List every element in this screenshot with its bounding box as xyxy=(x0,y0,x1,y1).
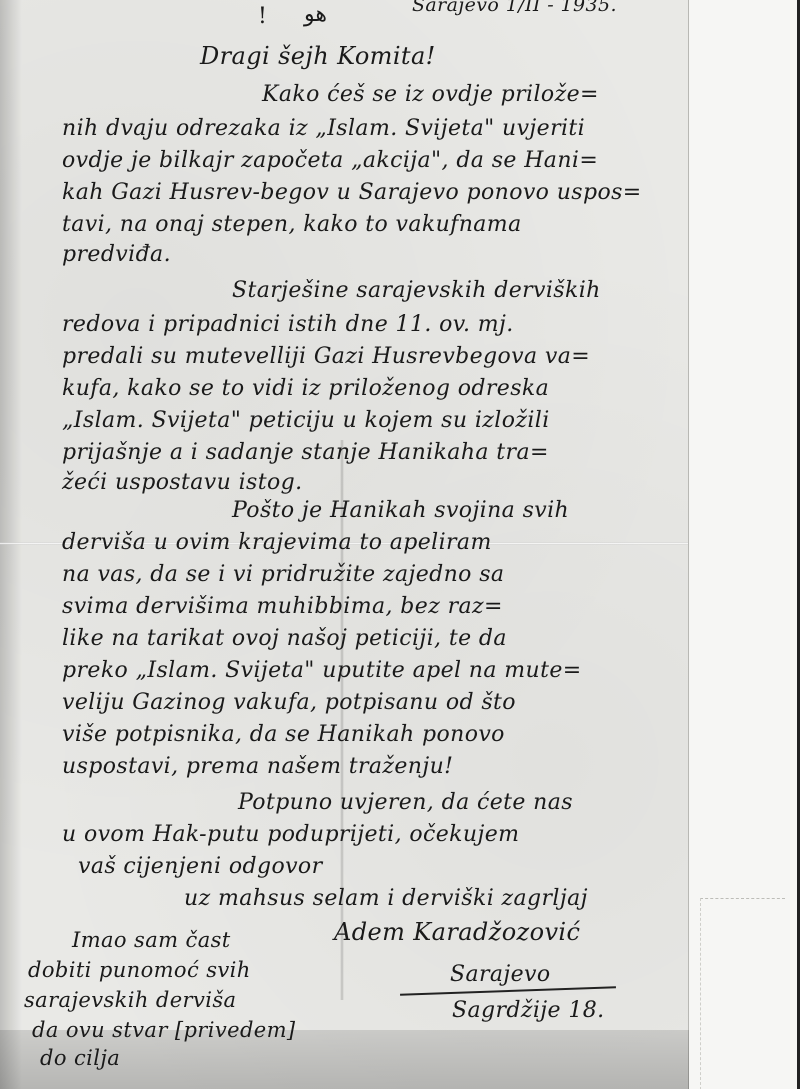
exclamation-mark: ! xyxy=(258,4,267,29)
side-note-line: do cilja xyxy=(40,1046,120,1070)
body-line: žeći uspostavu istog. xyxy=(62,470,302,495)
body-line: ovdje je bilkajr započeta „akcija", da s… xyxy=(62,148,598,173)
body-line: prijašnje a i sadanje stanje Hanikaha tr… xyxy=(62,440,549,465)
body-line: svima dervišima muhibbima, bez raz= xyxy=(62,594,503,619)
body-line: derviša u ovim krajevima to apeliram xyxy=(62,530,492,555)
signature-city: Sarajevo xyxy=(450,962,551,987)
body-line: uspostavi, prema našem traženju! xyxy=(62,754,453,779)
signature-street: Sagrdžije 18. xyxy=(452,998,605,1023)
body-line: više potpisnika, da se Hanikah ponovo xyxy=(62,722,505,747)
body-line: kufa, kako se to vidi iz priloženog odre… xyxy=(62,376,549,401)
body-line: kah Gazi Husrev-begov u Sarajevo ponovo … xyxy=(62,180,642,205)
signature-name: Adem Karadžozović xyxy=(334,918,580,946)
body-line: vaš cijenjeni odgovor xyxy=(78,854,322,879)
body-line: nih dvaju odrezaka iz „Islam. Svijeta" u… xyxy=(62,116,585,141)
body-line: veliju Gazinog vakufa, potpisanu od što xyxy=(62,690,516,715)
side-note-line: dobiti punomoć svih xyxy=(28,958,251,982)
side-note-line: sarajevskih derviša xyxy=(24,988,236,1012)
body-line: tavi, na onaj stepen, kako to vakufnama xyxy=(62,212,522,237)
body-line: Pošto je Hanikah svojina svih xyxy=(232,498,569,523)
body-line: preko „Islam. Svijeta" uputite apel na m… xyxy=(62,658,582,683)
body-line: u ovom Hak-putu poduprijeti, očekujem xyxy=(62,822,519,847)
body-line: „Islam. Svijeta" peticiju u kojem su izl… xyxy=(62,408,550,433)
body-line: Kako ćeš se iz ovdje prilože= xyxy=(262,82,599,107)
side-note-line: da ovu stvar [privedem] xyxy=(32,1018,296,1042)
paper-fold-vertical xyxy=(340,440,344,1000)
body-line: redova i pripadnici istih dne 11. ov. mj… xyxy=(62,312,514,337)
side-note-line: Imao sam čast xyxy=(72,928,231,952)
body-line: predviđa. xyxy=(62,242,171,267)
salutation: Dragi šejh Komita! xyxy=(200,42,436,70)
closing-line: uz mahsus selam i derviški zagrljaj xyxy=(184,886,588,911)
margin-dashed-box xyxy=(700,898,785,1089)
body-line: Potpuno uvjeren, da ćete nas xyxy=(238,790,573,815)
body-line: na vas, da se i vi pridružite zajedno sa xyxy=(62,562,504,587)
body-line: predali su mutevelliji Gazi Husrevbegova… xyxy=(62,344,590,369)
invocation-hu-mark: هو xyxy=(304,2,327,27)
place-date: Sarajevo 1/II - 1935. xyxy=(412,0,617,16)
body-line: Starješine sarajevskih derviških xyxy=(232,278,601,303)
body-line: like na tarikat ovoj našoj peticiji, te … xyxy=(62,626,507,651)
